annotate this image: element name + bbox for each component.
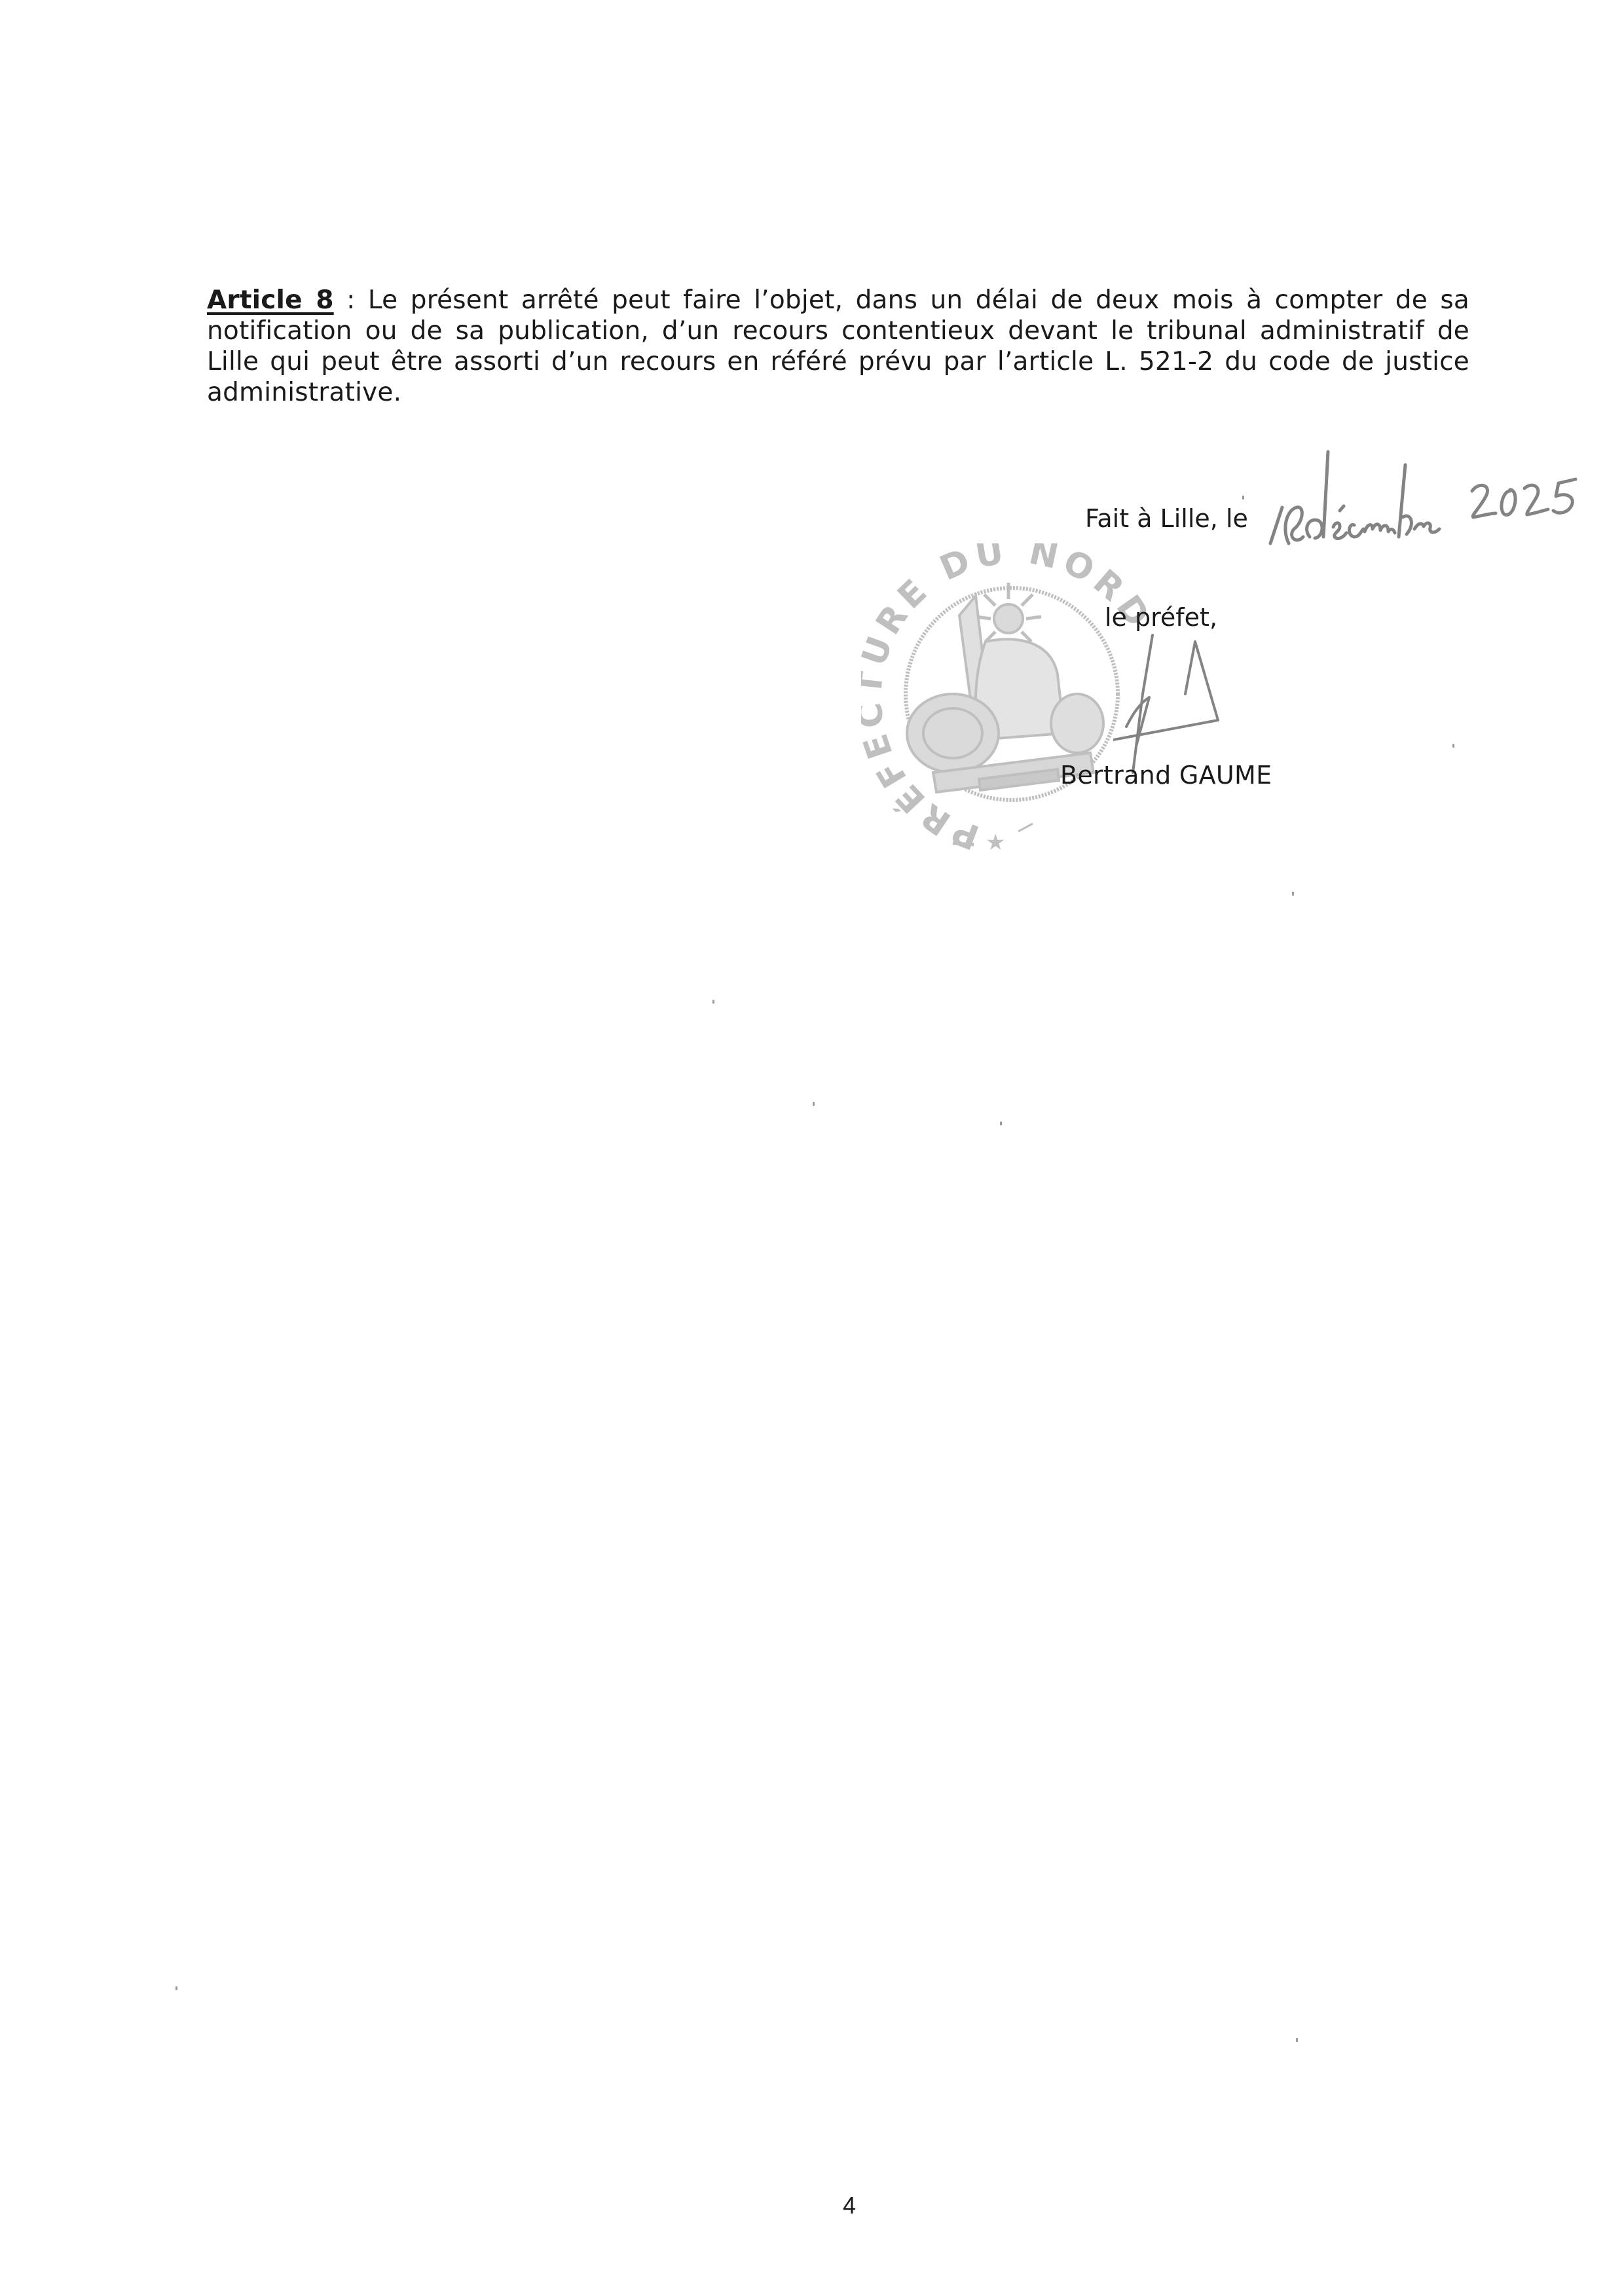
handwritten-signature: [1113, 615, 1283, 786]
svg-text:★: ★: [986, 829, 1005, 856]
document-page: Article 8 : Le présent arrêté peut faire…: [0, 0, 1624, 2296]
article-text: Le présent arrêté peut faire l’objet, da…: [207, 285, 1469, 407]
article-separator: :: [334, 285, 368, 315]
scan-speck: [813, 1102, 815, 1106]
handwritten-date: 18 décembre 2025: [1263, 445, 1590, 550]
scan-speck: [175, 1986, 177, 1990]
scan-speck: [1000, 1121, 1002, 1125]
scan-speck: [712, 1000, 714, 1004]
page-number: 4: [843, 2192, 856, 2219]
article-8-paragraph: Article 8 : Le présent arrêté peut faire…: [207, 285, 1469, 408]
scan-speck: [1292, 892, 1294, 896]
scan-speck: [1242, 496, 1244, 500]
place-date-label: Fait à Lille, le: [1085, 504, 1248, 533]
signer-name: Bertrand GAUME: [1060, 761, 1272, 790]
article-label: Article 8: [207, 285, 334, 315]
scan-speck: [1296, 2038, 1298, 2042]
scan-speck: [1452, 744, 1454, 748]
